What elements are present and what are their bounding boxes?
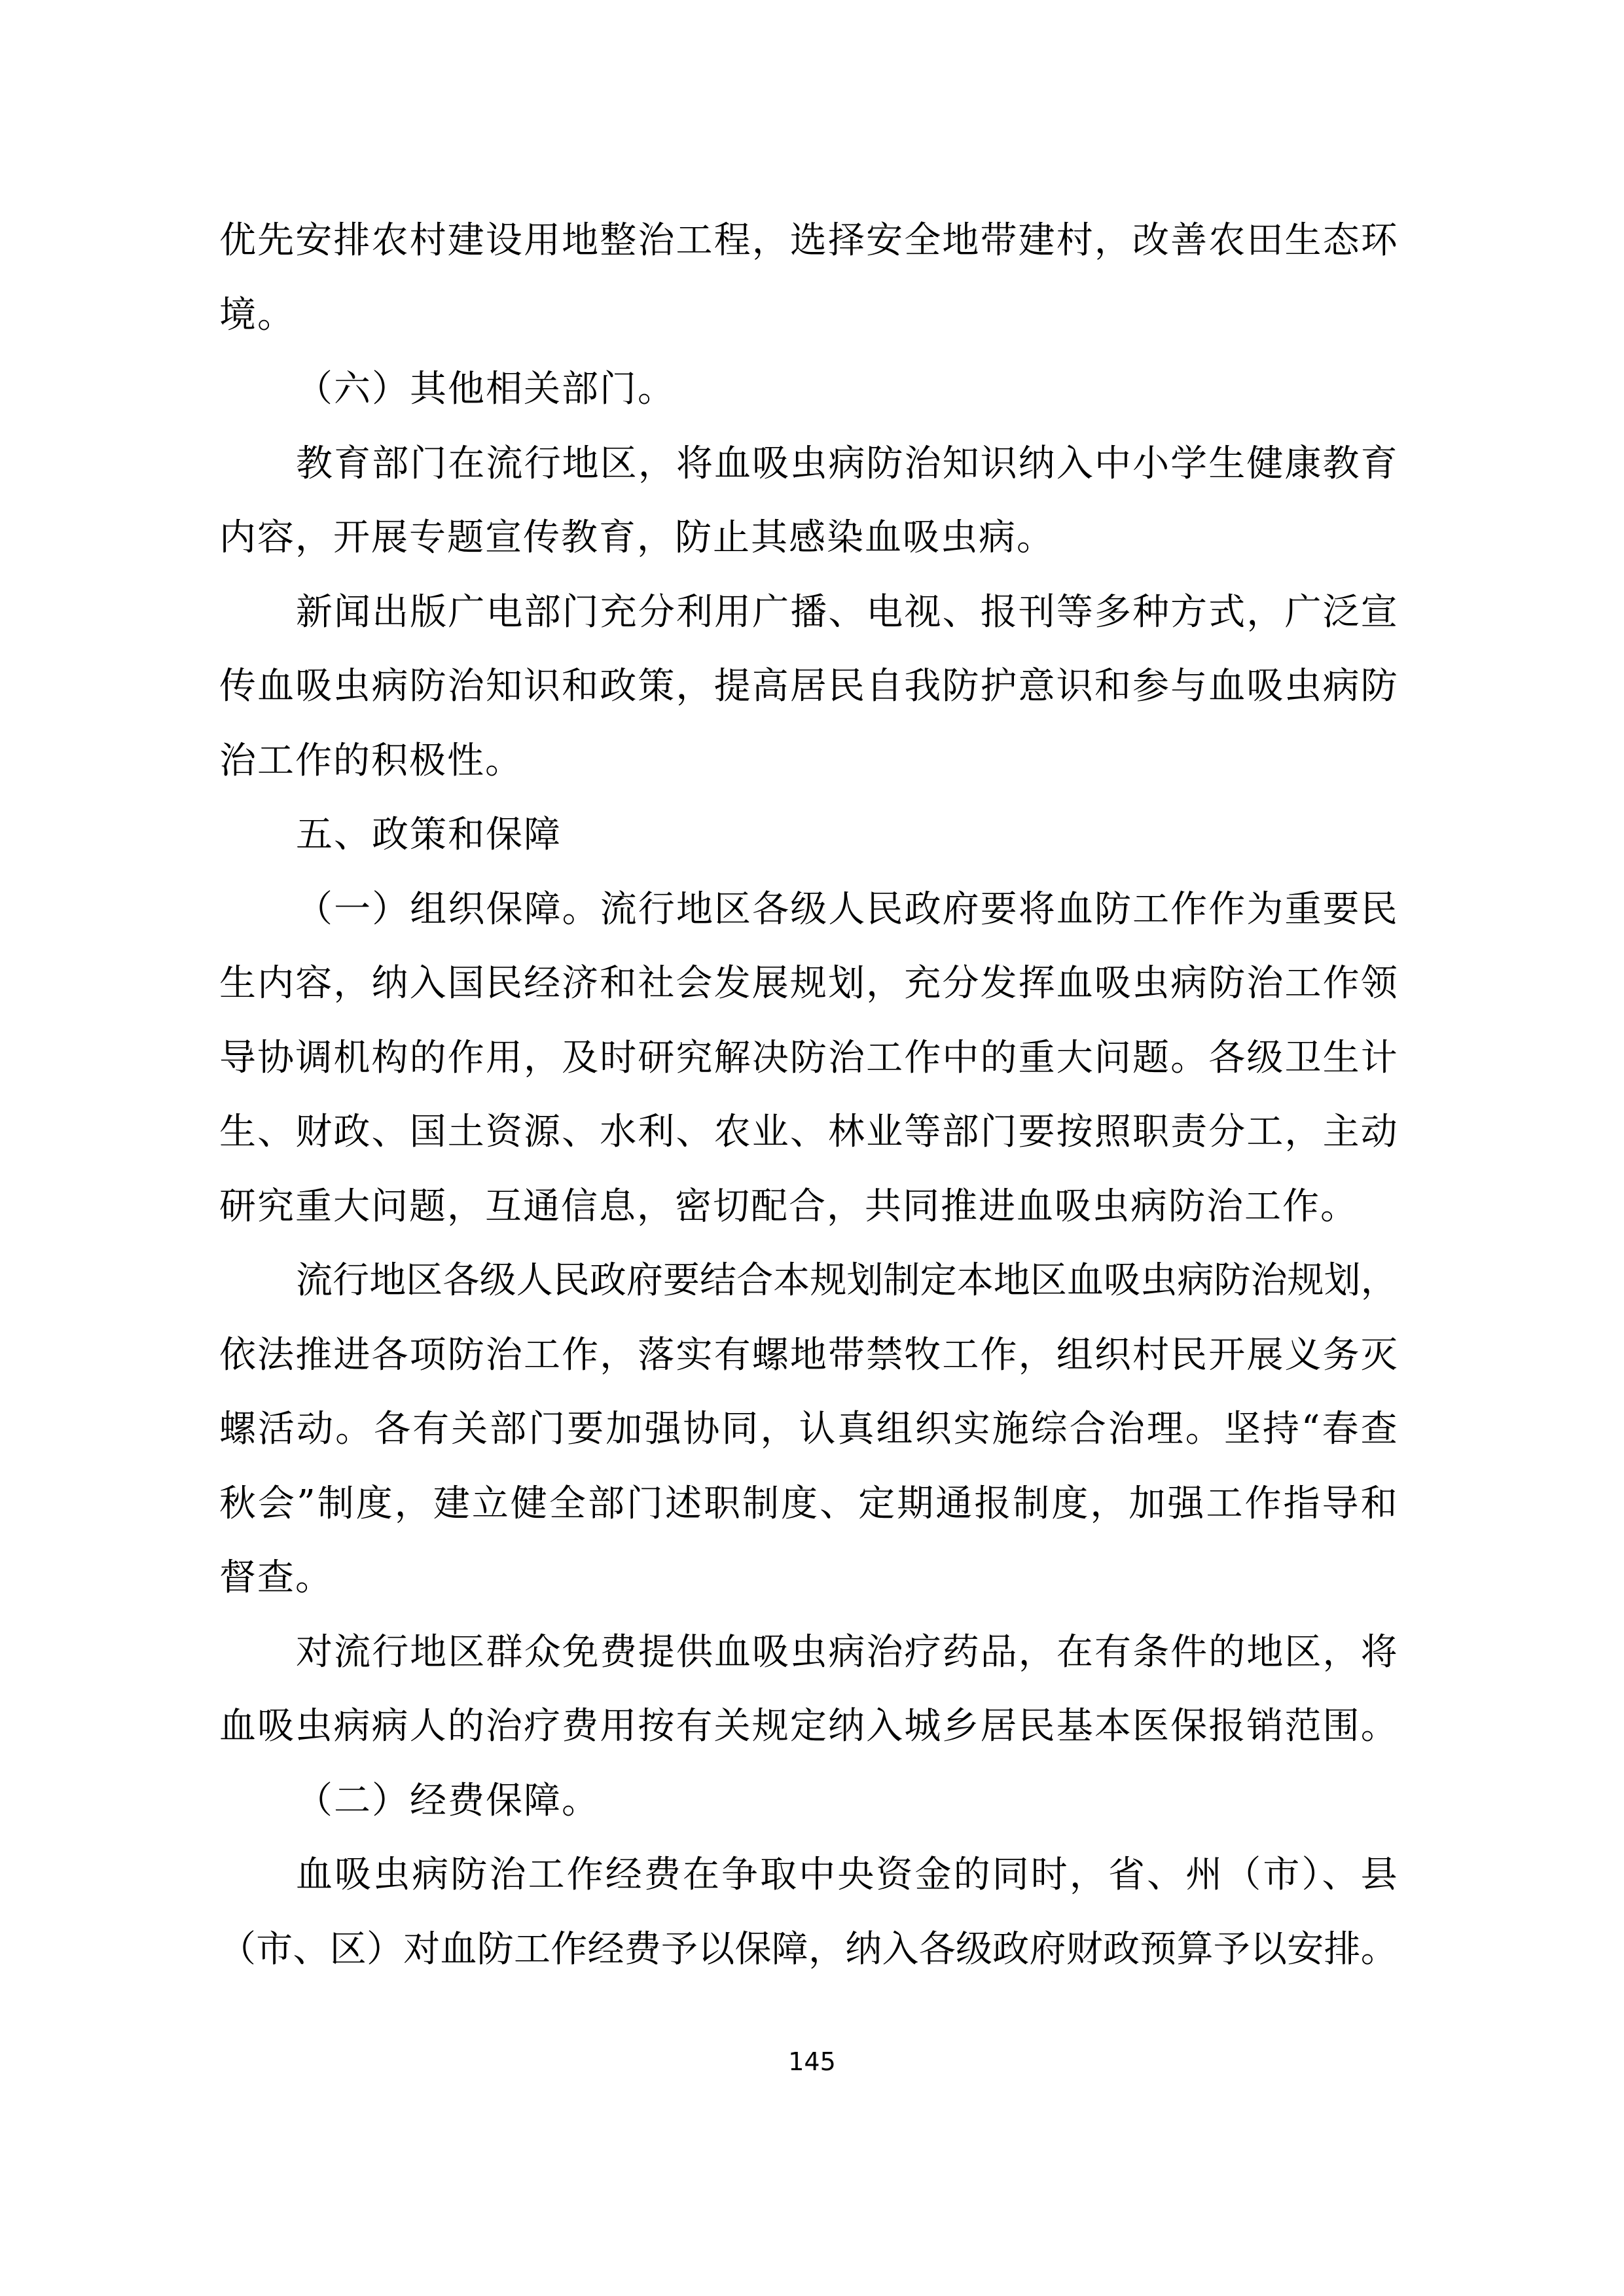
text-line: 传血吸虫病防治知识和政策，提高居民自我防护意识和参与血吸虫病防 (219, 649, 1398, 724)
text-line: 对流行地区群众免费提供血吸虫病治疗药品，在有条件的地区，将 (219, 1615, 1398, 1690)
text-line: 优先安排农村建设用地整治工程，选择安全地带建村，改善农田生态环 (219, 204, 1398, 278)
text-line: 研究重大问题，互通信息，密切配合，共同推进血吸虫病防治工作。 (219, 1170, 1398, 1244)
section-heading: （六）其他相关部门。 (219, 352, 1398, 427)
text-line: 导协调机构的作用，及时研究解决防治工作中的重大问题。各级卫生计 (219, 1021, 1398, 1096)
text-line: 血吸虫病病人的治疗费用按有关规定纳入城乡居民基本医保报销范围。 (219, 1689, 1398, 1764)
document-page: 优先安排农村建设用地整治工程，选择安全地带建村，改善农田生态环 境。 （六）其他… (0, 0, 1624, 2296)
text-line: 螺活动。各有关部门要加强协同，认真组织实施综合治理。坚持“春查 (219, 1392, 1398, 1467)
chapter-heading: 五、政策和保障 (219, 798, 1398, 872)
page-number: 145 (0, 2047, 1624, 2076)
text-line: 新闻出版广电部门充分利用广播、电视、报刊等多种方式，广泛宣 (219, 575, 1398, 650)
text-line: 教育部门在流行地区，将血吸虫病防治知识纳入中小学生健康教育 (219, 427, 1398, 501)
text-line: 秋会”制度，建立健全部门述职制度、定期通报制度，加强工作指导和 (219, 1467, 1398, 1541)
text-line: 境。 (219, 278, 1398, 353)
text-line: 流行地区各级人民政府要结合本规划制定本地区血吸虫病防治规划， (219, 1244, 1398, 1318)
section-heading: （二）经费保障。 (219, 1764, 1398, 1839)
text-line: 治工作的积极性。 (219, 724, 1398, 798)
text-line: 生、财政、国土资源、水利、农业、林业等部门要按照职责分工，主动 (219, 1095, 1398, 1170)
text-line: 督查。 (219, 1541, 1398, 1615)
text-line: （市、区）对血防工作经费予以保障，纳入各级政府财政预算予以安排。 (219, 1912, 1398, 1987)
text-line: （一）组织保障。流行地区各级人民政府要将血防工作作为重要民 (219, 872, 1398, 947)
body-text: 优先安排农村建设用地整治工程，选择安全地带建村，改善农田生态环 境。 （六）其他… (219, 204, 1398, 1986)
text-line: 生内容，纳入国民经济和社会发展规划，充分发挥血吸虫病防治工作领 (219, 946, 1398, 1021)
text-line: 依法推进各项防治工作，落实有螺地带禁牧工作，组织村民开展义务灭 (219, 1318, 1398, 1393)
text-line: 血吸虫病防治工作经费在争取中央资金的同时，省、州（市）、县 (219, 1838, 1398, 1912)
text-line: 内容，开展专题宣传教育，防止其感染血吸虫病。 (219, 501, 1398, 575)
